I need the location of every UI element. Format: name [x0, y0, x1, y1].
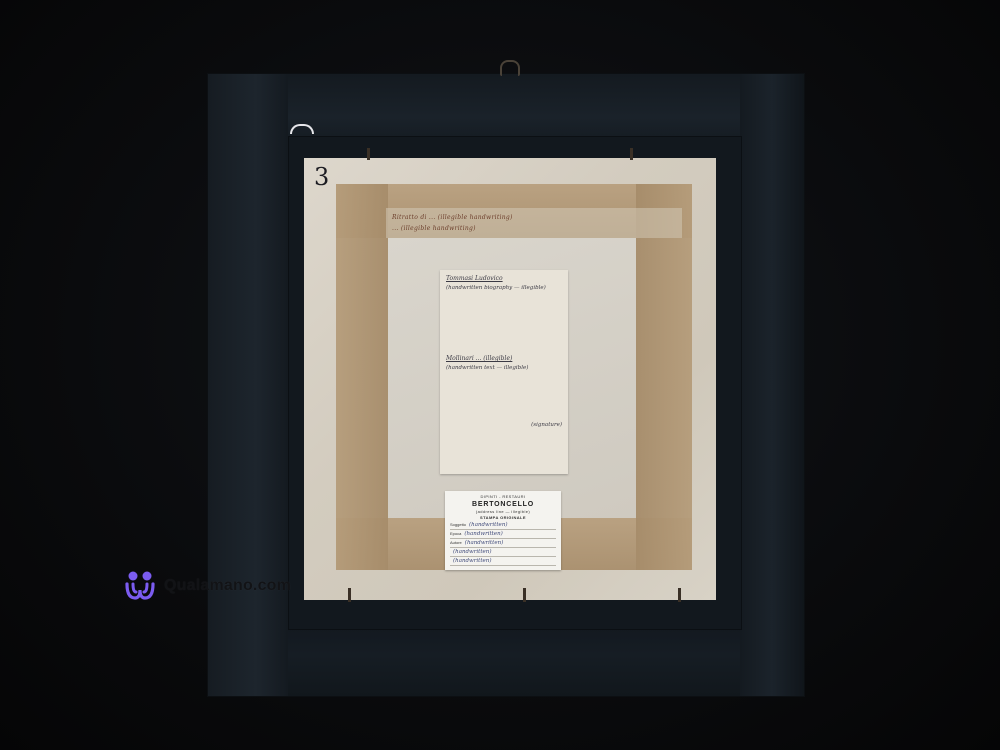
label-field-soggetto: Soggetto (handwritten)	[450, 521, 556, 530]
nail-icon	[348, 588, 351, 602]
note-line	[446, 293, 562, 303]
note-line	[446, 331, 562, 341]
nail-icon	[630, 148, 633, 160]
tape-strip-left	[336, 184, 388, 570]
note-heading-2: Mollinari ... (illegible)	[446, 354, 562, 364]
field-value: (handwritten)	[453, 557, 492, 565]
hanging-hook-icon	[500, 60, 520, 76]
nail-icon	[523, 588, 526, 602]
frame-left-rail	[208, 74, 288, 696]
dealer-label: DIPINTI - RESTAURI BERTONCELLO (address …	[445, 491, 561, 570]
top-annotation: Ritratto di ... (illegible handwriting) …	[386, 208, 682, 238]
frame-right-rail	[740, 74, 804, 696]
note-heading-1: Tommasi Ludovico	[446, 274, 562, 284]
frame-bottom-rail	[288, 628, 740, 696]
field-key: Epoca	[450, 530, 461, 538]
note-line	[446, 392, 562, 402]
note-line	[446, 303, 562, 313]
field-value: (handwritten)	[469, 521, 508, 529]
field-key: Autore	[450, 539, 462, 547]
tape-strip-right	[636, 184, 692, 570]
nail-icon	[678, 588, 681, 602]
label-field-epoca: Epoca (handwritten)	[450, 530, 556, 539]
note-signature: (signature)	[446, 421, 562, 431]
watermark-text: Qualamano.com	[164, 577, 291, 595]
corner-number: 3	[314, 163, 329, 191]
white-clip-icon	[290, 124, 314, 134]
note-line: (handwritten text — illegible)	[446, 364, 562, 374]
annotation-line-1: Ritratto di ... (illegible handwriting)	[392, 214, 682, 221]
label-field-extra: (handwritten)	[450, 548, 556, 557]
note-line	[446, 312, 562, 322]
label-title: BERTONCELLO	[450, 500, 556, 509]
watermark: Qualamano.com	[124, 570, 291, 602]
note-line	[446, 402, 562, 412]
field-key: Soggetto	[450, 521, 466, 529]
field-value: (handwritten)	[464, 530, 503, 538]
note-line	[446, 383, 562, 393]
label-field-extra: (handwritten)	[450, 557, 556, 566]
field-value: (handwritten)	[453, 548, 492, 556]
note-line	[446, 373, 562, 383]
handwritten-note: Tommasi Ludovico (handwritten biography …	[440, 270, 568, 474]
frame-top-rail	[288, 74, 740, 136]
note-line	[446, 322, 562, 332]
note-line: (handwritten biography — illegible)	[446, 284, 562, 294]
label-field-autore: Autore (handwritten)	[450, 539, 556, 548]
field-value: (handwritten)	[465, 539, 504, 547]
nail-icon	[367, 148, 370, 160]
annotation-line-2: ... (illegible handwriting)	[392, 225, 682, 232]
note-line	[446, 411, 562, 421]
two-people-logo-icon	[124, 570, 156, 602]
note-line	[446, 341, 562, 351]
